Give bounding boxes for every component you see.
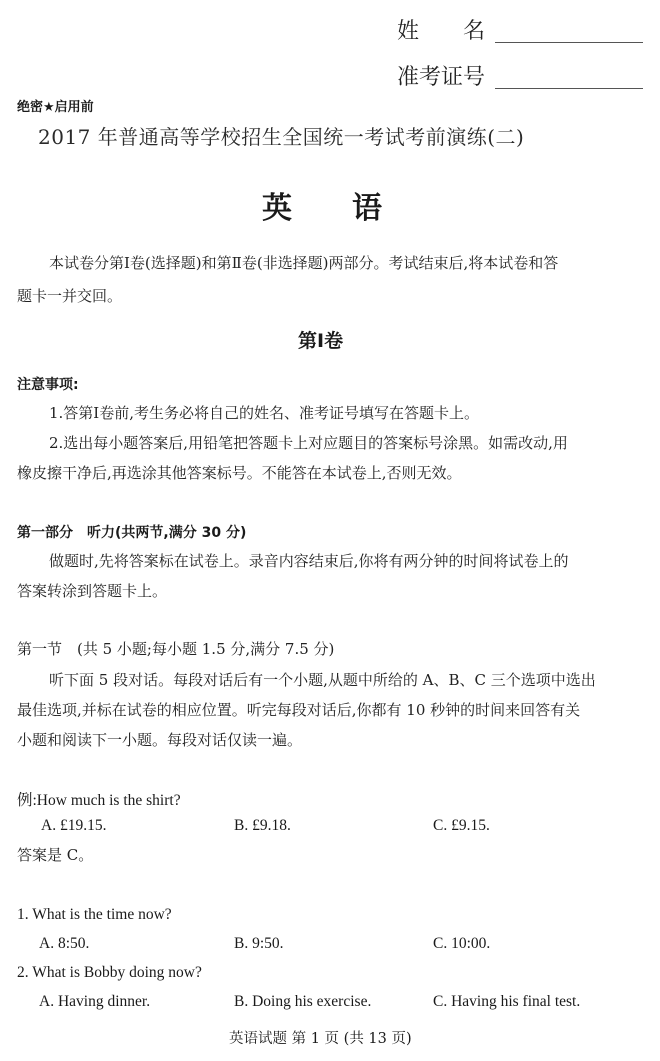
section1-desc-line-1: 听下面 5 段对话。每段对话后有一个小题,从题中所给的 A、B、C 三个选项中选… xyxy=(49,665,596,695)
question-1: 1. What is the time now? xyxy=(17,906,172,924)
intro-line-2: 题卡一并交回。 xyxy=(17,281,122,311)
confidential-mark: 绝密★启用前 xyxy=(17,96,94,115)
notes-item-1: 1.答第Ⅰ卷前,考生务必将自己的姓名、准考证号填写在答题卡上。 xyxy=(49,398,479,428)
intro-line-1: 本试卷分第Ⅰ卷(选择题)和第Ⅱ卷(非选择题)两部分。考试结束后,将本试卷和答 xyxy=(49,248,558,278)
question-2-option-b: B. Doing his exercise. xyxy=(234,993,371,1011)
notes-item-2-line-1: 2.选出每小题答案后,用铅笔把答题卡上对应题目的答案标号涂黑。如需改动,用 xyxy=(49,428,568,458)
exam-id-field-line[interactable] xyxy=(495,88,643,89)
exam-title: 2017 年普通高等学校招生全国统一考试考前演练(二) xyxy=(38,121,524,150)
page-footer: 英语试题 第 1 页 (共 13 页) xyxy=(229,1027,412,1048)
question-2: 2. What is Bobby doing now? xyxy=(17,964,202,982)
notes-heading: 注意事项: xyxy=(17,374,79,394)
question-1-option-b: B. 9:50. xyxy=(234,935,284,953)
name-label: 姓 名 xyxy=(397,14,485,45)
example-option-b: B. £9.18. xyxy=(234,817,291,835)
volume-title: 第Ⅰ卷 xyxy=(298,326,343,353)
question-1-option-a: A. 8:50. xyxy=(39,935,89,953)
question-2-option-c: C. Having his final test. xyxy=(433,993,580,1011)
question-1-option-c: C. 10:00. xyxy=(433,935,490,953)
subject-title: 英 语 xyxy=(262,183,382,227)
section1-desc-line-3: 小题和阅读下一小题。每段对话仅读一遍。 xyxy=(17,725,302,755)
part1-desc-line-1: 做题时,先将答案标在试卷上。录音内容结束后,你将有两分钟的时间将试卷上的 xyxy=(49,546,569,576)
example-answer: 答案是 C。 xyxy=(17,840,93,870)
exam-id-label: 准考证号 xyxy=(397,60,485,91)
name-field-line[interactable] xyxy=(495,42,643,43)
section1-desc-line-2: 最佳选项,并标在试卷的相应位置。听完每段对话后,你都有 10 秒钟的时间来回答有… xyxy=(17,695,580,725)
example-question: 例:How much is the shirt? xyxy=(17,788,181,810)
part1-desc-line-2: 答案转涂到答题卡上。 xyxy=(17,576,167,606)
example-option-a: A. £19.15. xyxy=(41,817,106,835)
part1-heading: 第一部分 听力(共两节,满分 30 分) xyxy=(17,522,246,542)
notes-item-2-line-2: 橡皮擦干净后,再选涂其他答案标号。不能答在本试卷上,否则无效。 xyxy=(17,458,462,488)
question-2-option-a: A. Having dinner. xyxy=(39,993,150,1011)
example-option-c: C. £9.15. xyxy=(433,817,490,835)
section1-heading: 第一节 (共 5 小题;每小题 1.5 分,满分 7.5 分) xyxy=(17,634,334,664)
